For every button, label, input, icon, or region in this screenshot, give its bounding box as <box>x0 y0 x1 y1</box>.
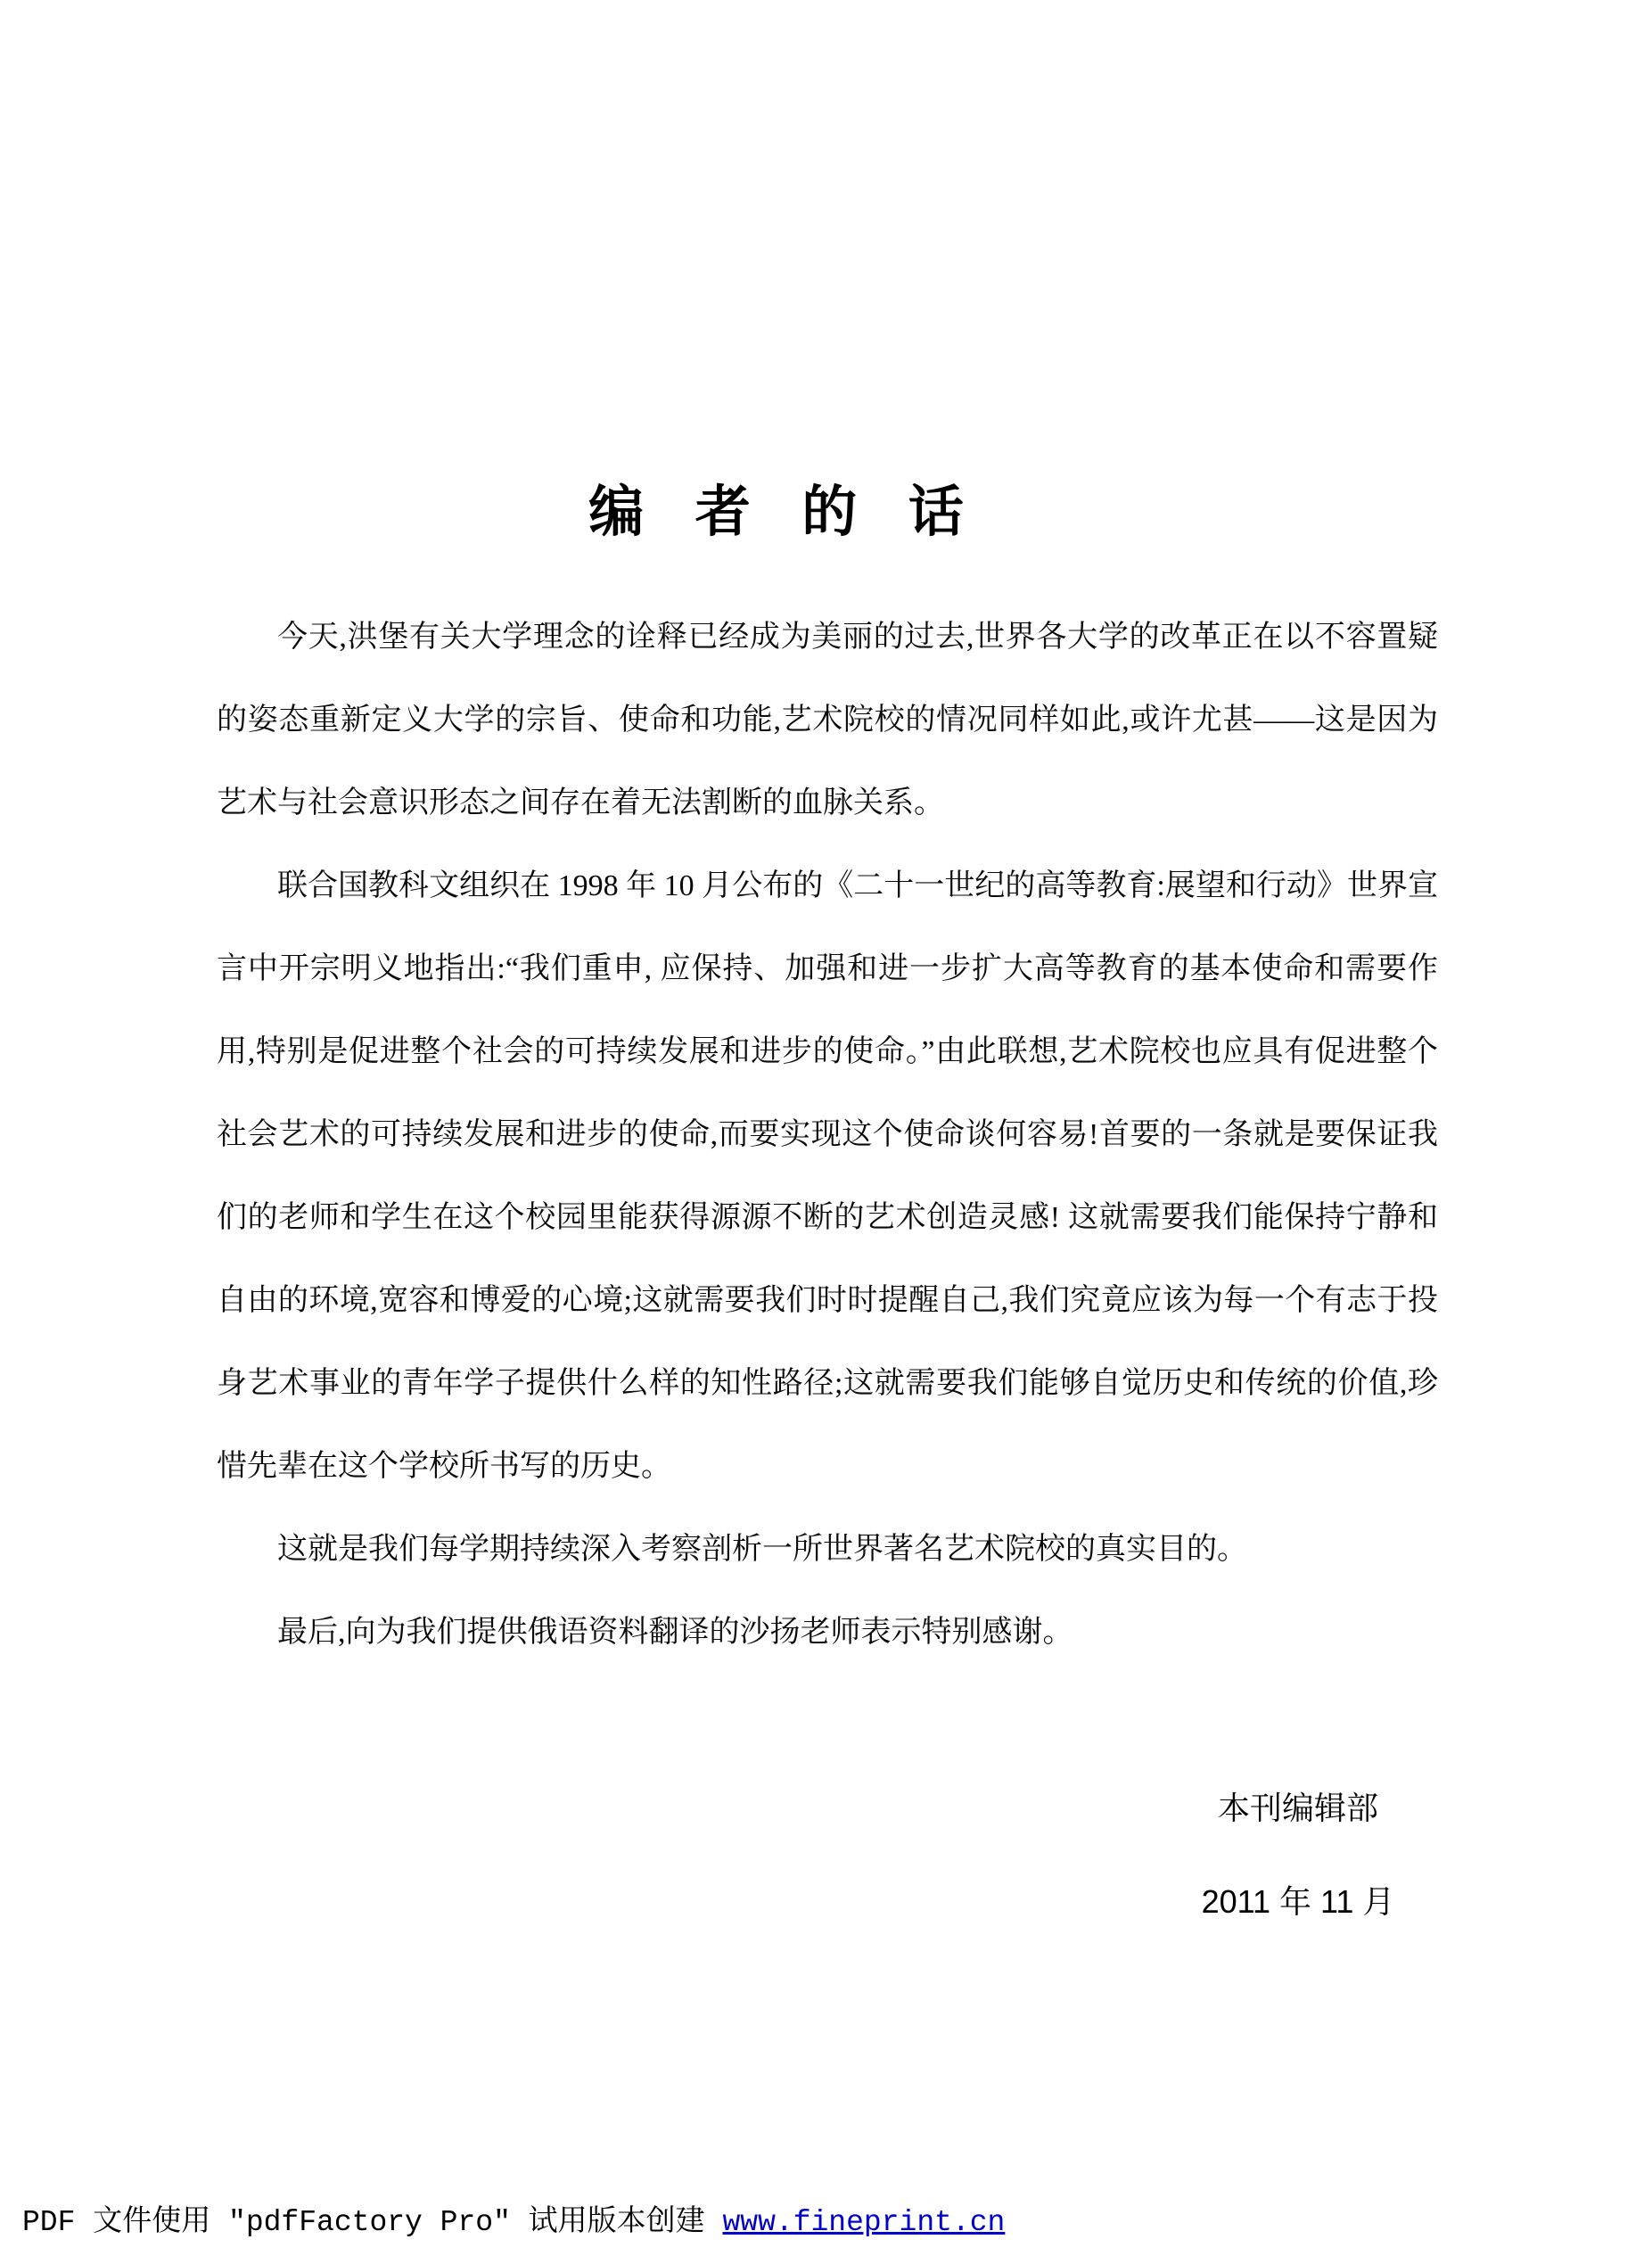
page-title: 编 者 的 话 <box>0 467 1554 547</box>
watermark-text: PDF 文件使用 ″pdfFactory Pro″ 试用版本创建 <box>22 2206 722 2239</box>
signature-block: 本刊编辑部 2011 年 11 月 <box>1105 1783 1491 1922</box>
paragraph: 今天,洪堡有关大学理念的诠释已经成为美丽的过去,世界各大学的改革正在以不容置疑的… <box>217 596 1438 844</box>
pdf-watermark-footer: PDF 文件使用 ″pdfFactory Pro″ 试用版本创建 www.fin… <box>22 2197 1005 2239</box>
signature-date: 2011 年 11 月 <box>1105 1877 1491 1922</box>
document-page: 编 者 的 话 今天,洪堡有关大学理念的诠释已经成为美丽的过去,世界各大学的改革… <box>0 0 1652 2264</box>
paragraph: 这就是我们每学期持续深入考察剖析一所世界著名艺术院校的真实目的。 <box>217 1508 1438 1591</box>
paragraph: 联合国教科文组织在 1998 年 10 月公布的《二十一世纪的高等教育:展望和行… <box>217 844 1438 1508</box>
paragraph: 最后,向为我们提供俄语资料翻译的沙扬老师表示特别感谢。 <box>217 1591 1438 1674</box>
signature-name: 本刊编辑部 <box>1105 1783 1491 1829</box>
document-body: 今天,洪堡有关大学理念的诠释已经成为美丽的过去,世界各大学的改革正在以不容置疑的… <box>217 596 1438 1674</box>
fineprint-link[interactable]: www.fineprint.cn <box>722 2206 1005 2239</box>
